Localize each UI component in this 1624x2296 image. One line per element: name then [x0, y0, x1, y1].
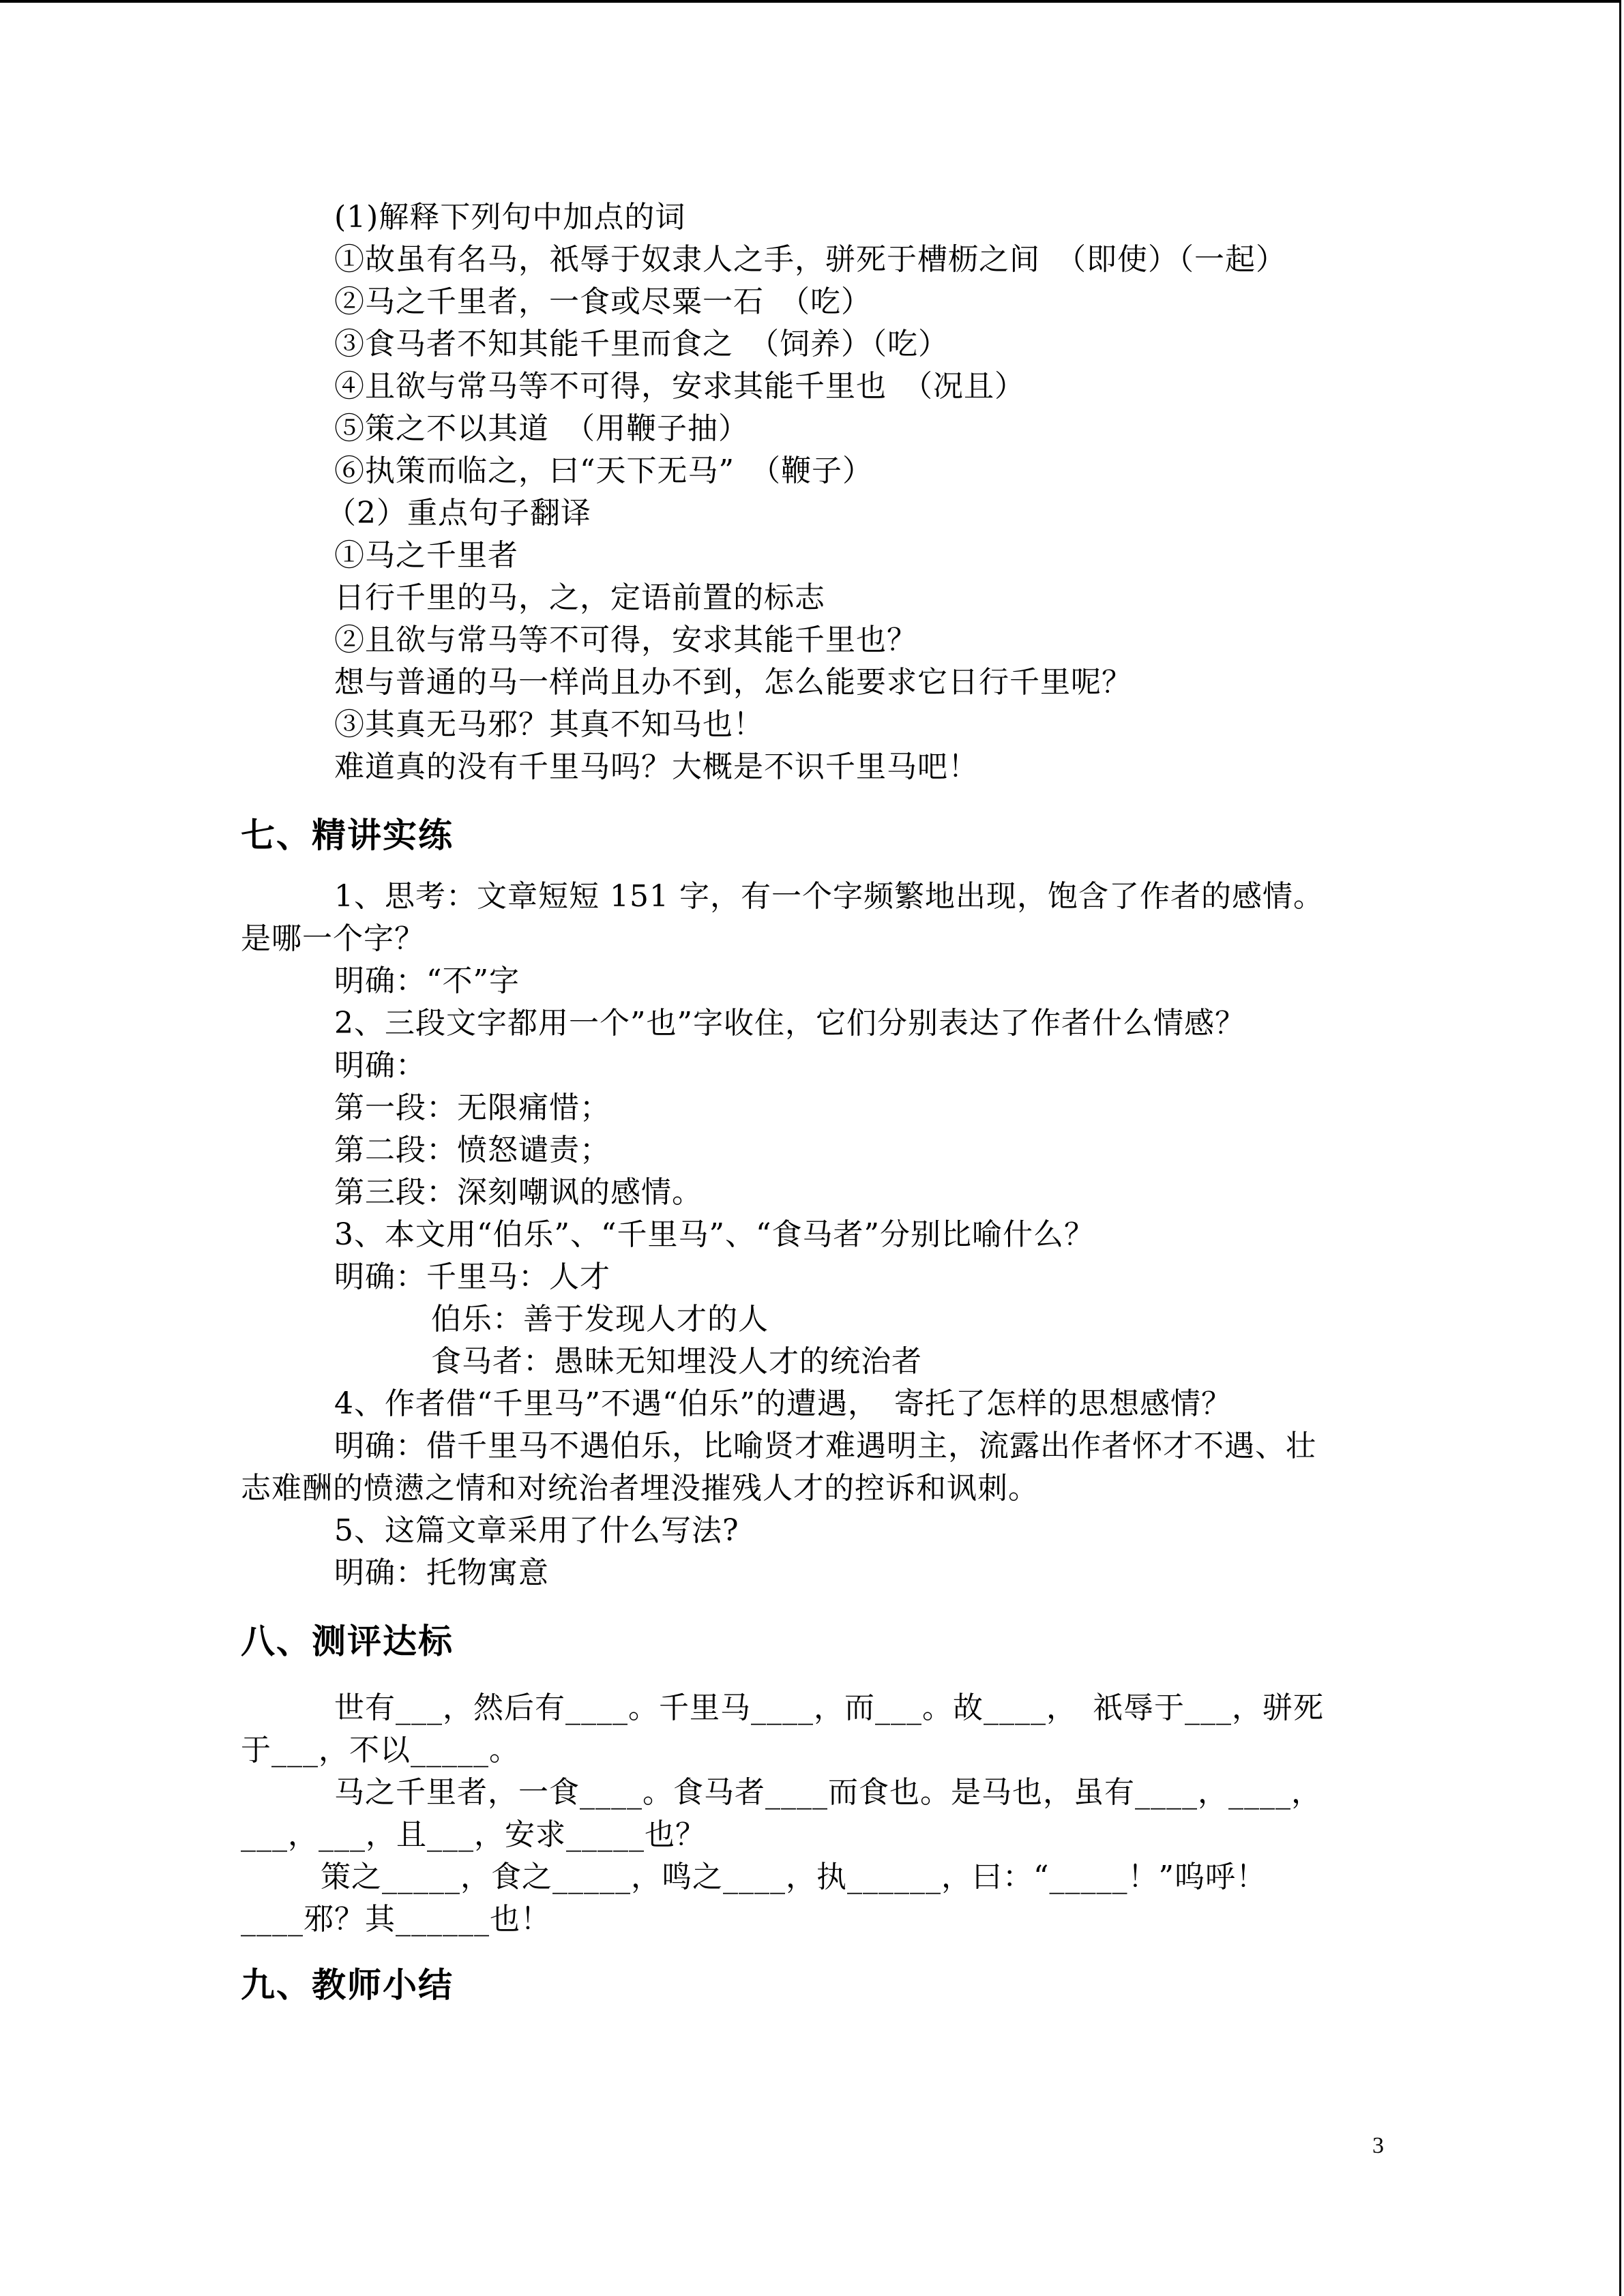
question-1: 1、思考：文章短短 151 字，有一个字频繁地出现，饱含了作者的感情。	[334, 876, 1324, 918]
list-item: ②马之千里者，一食或尽粟一石 （吃）	[334, 281, 872, 323]
answer-3-line-1: 明确：千里马：人才	[334, 1256, 610, 1298]
question-1-continued: 是哪一个字？	[241, 918, 425, 960]
list-item: ⑤策之不以其道 （用鞭子抽）	[334, 408, 749, 450]
page-number: 3	[1372, 2133, 1384, 2159]
question-5: 5、这篇文章采用了什么写法?	[334, 1510, 739, 1552]
section-heading-9: 九、教师小结	[241, 1961, 454, 2009]
section-heading-8: 八、测评达标	[241, 1617, 454, 1665]
answer-4-continued: 志难酬的愤懑之情和对统治者埋没摧残人才的控诉和讽刺。	[241, 1467, 1039, 1510]
list-item: 难道真的没有千里马吗？大概是不识千里马吧！	[334, 746, 979, 788]
list-item: ①故虽有名马，祇辱于奴隶人之手，骈死于槽枥之间 （即使）（一起）	[334, 239, 1286, 281]
fill-in-paragraph-3: 策之_____，食之_____，鸣之____，执______，曰：“_____！…	[321, 1856, 1267, 1898]
list-item: 日行千里的马，之，定语前置的标志	[334, 577, 825, 619]
answer-2-paragraph-1: 第一段：无限痛惜；	[334, 1087, 610, 1129]
answer-2-label: 明确：	[334, 1045, 426, 1087]
fill-in-paragraph-1-continued: 于___，不以_____。	[241, 1729, 520, 1772]
fill-in-paragraph-1: 世有___，然后有____。千里马____，而___。故____， 祇辱于___…	[334, 1687, 1324, 1729]
list-item: ①马之千里者	[334, 535, 518, 577]
list-item: ③食马者不知其能千里而食之 （饲养）（吃）	[334, 323, 949, 366]
list-item: ③其真无马邪？其真不知马也！	[334, 704, 764, 746]
list-item: 想与普通的马一样尚且办不到，怎么能要求它日行千里呢？	[334, 661, 1132, 704]
list-item: ②且欲与常马等不可得，安求其能千里也？	[334, 619, 917, 661]
fill-in-paragraph-2: 马之千里者，一食____。食马者____而食也。是马也，虽有____，____，	[334, 1772, 1322, 1814]
section-heading-7: 七、精讲实练	[241, 811, 454, 859]
subsection-title-sentence-translation: （2）重点句子翻译	[326, 492, 591, 535]
answer-3-line-3: 食马者：愚昧无知埋没人才的统治者	[431, 1341, 922, 1383]
fill-in-paragraph-3-continued: ____邪？其______也！	[241, 1898, 551, 1941]
subsection-title-word-explanation: (1)解释下列句中加点的词	[334, 196, 685, 239]
fill-in-paragraph-2-continued: ___，___，且___，安求_____也？	[241, 1814, 706, 1856]
answer-1: 明确：“不”字	[334, 960, 520, 1002]
question-3: 3、本文用“伯乐”、“千里马”、“食马者”分别比喻什么？	[334, 1214, 1095, 1256]
question-2: 2、三段文字都用一个”也”字收住，它们分别表达了作者什么情感？	[334, 1002, 1245, 1045]
list-item: ④且欲与常马等不可得，安求其能千里也 （况且）	[334, 366, 1025, 408]
list-item: ⑥执策而临之，曰“天下无马” （鞭子）	[334, 450, 873, 492]
question-4: 4、作者借“千里马”不遇“伯乐”的遭遇， 寄托了怎样的思想感情？	[334, 1383, 1232, 1425]
answer-2-paragraph-3: 第三段：深刻嘲讽的感情。	[334, 1172, 703, 1214]
answer-3-line-2: 伯乐：善于发现人才的人	[431, 1298, 769, 1341]
answer-2-paragraph-2: 第二段：愤怒谴责；	[334, 1129, 610, 1172]
answer-5: 明确：托物寓意	[334, 1552, 549, 1594]
answer-4: 明确：借千里马不遇伯乐，比喻贤才难遇明主，流露出作者怀才不遇、壮	[334, 1425, 1316, 1467]
